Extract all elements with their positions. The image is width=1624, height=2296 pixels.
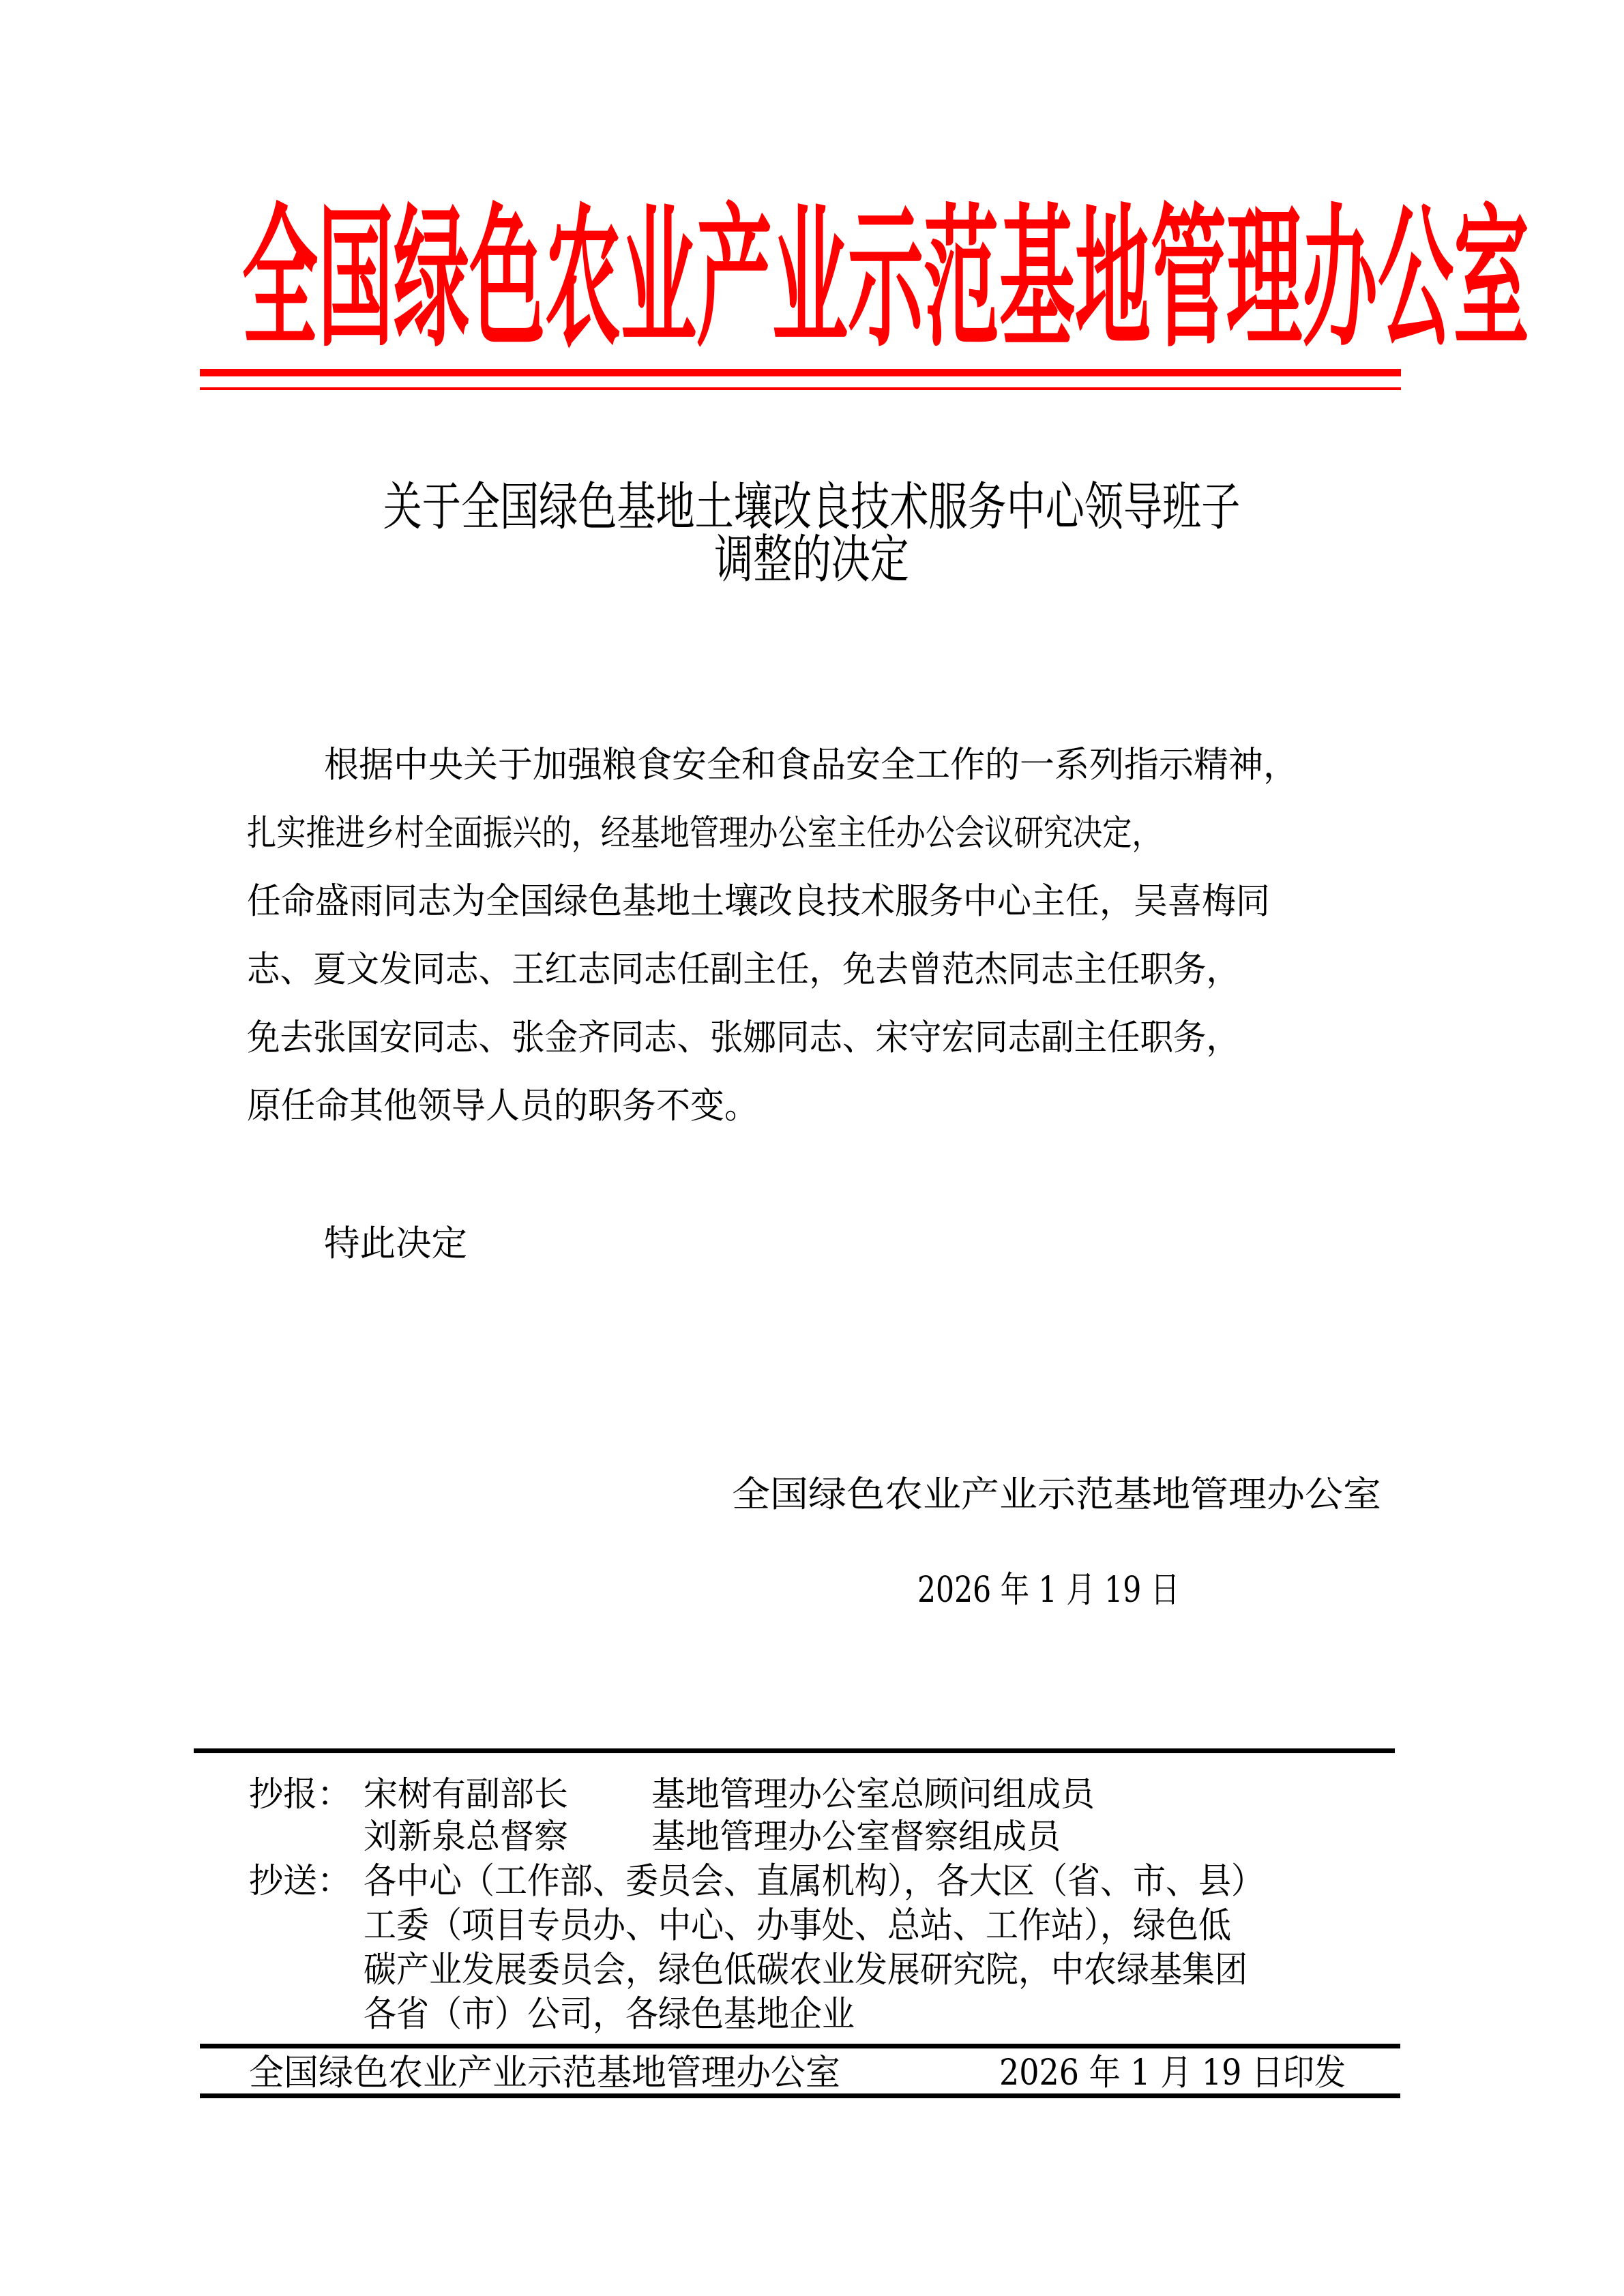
body-line: 原任命其他领导人员的职务不变。	[247, 1083, 758, 1128]
report-entry-name: 刘新泉总督察	[364, 1815, 568, 1858]
report-entry-role: 基地管理办公室督察组成员	[651, 1815, 1061, 1858]
distribution-rule-top	[194, 1748, 1395, 1753]
body-line: 任命盛雨同志为全国绿色基地土壤改良技术服务中心主任，吴喜梅同	[247, 878, 1270, 923]
signature-date: 2026 年 1 月 19 日	[917, 1567, 1226, 1612]
footer-issued-date: 2026 年 1 月 19 日印发	[999, 2051, 1376, 2093]
document-title-line-1: 关于全国绿色基地土壤改良技术服务中心领导班子	[0, 481, 1624, 535]
body-line: 根据中央关于加强粮食安全和食品安全工作的一系列指示精神，	[324, 742, 1279, 787]
masthead: 全国绿色农业产业示范基地管理办公室	[242, 198, 1381, 361]
report-entry-role: 基地管理办公室总顾问组成员	[651, 1773, 1095, 1815]
signature-issuer: 全国绿色农业产业示范基地管理办公室	[732, 1472, 1312, 1517]
report-entry-name: 宋树有副部长	[364, 1773, 568, 1815]
send-line: 各省（市）公司，各绿色基地企业	[364, 1993, 875, 2035]
closing-statement: 特此决定	[324, 1221, 460, 1266]
document-title-line-2: 调整的决定	[0, 533, 1624, 588]
body-line: 免去张国安同志、张金齐同志、张娜同志、宋守宏同志副主任职务，	[247, 1015, 1270, 1060]
masthead-title: 全国绿色农业产业示范基地管理办公室	[242, 188, 1378, 372]
masthead-rule-thick	[200, 369, 1401, 376]
send-label: 抄送：	[249, 1860, 351, 1902]
send-line: 工委（项目专员办、中心、办事处、总站、工作站），绿色低	[364, 1904, 1267, 1946]
report-label: 抄报：	[249, 1774, 351, 1814]
footer-rule-top	[200, 2044, 1400, 2048]
footer-issuer: 全国绿色农业产业示范基地管理办公室	[249, 2051, 829, 2093]
send-line: 碳产业发展委员会，绿色低碳农业发展研究院，中农绿基集团	[364, 1948, 1284, 1991]
report-line-1: 抄报：	[249, 1773, 351, 1815]
footer-rule-bottom	[200, 2093, 1400, 2098]
send-line: 各中心（工作部、委员会、直属机构），各大区（省、市、县）	[364, 1860, 1301, 1902]
body-line: 扎实推进乡村全面振兴的，经基地管理办公室主任办公会议研究决定，	[247, 810, 1304, 855]
body-line: 志、夏文发同志、王红志同志任副主任，免去曾范杰同志主任职务，	[247, 946, 1270, 992]
masthead-rule-thin	[200, 387, 1401, 390]
